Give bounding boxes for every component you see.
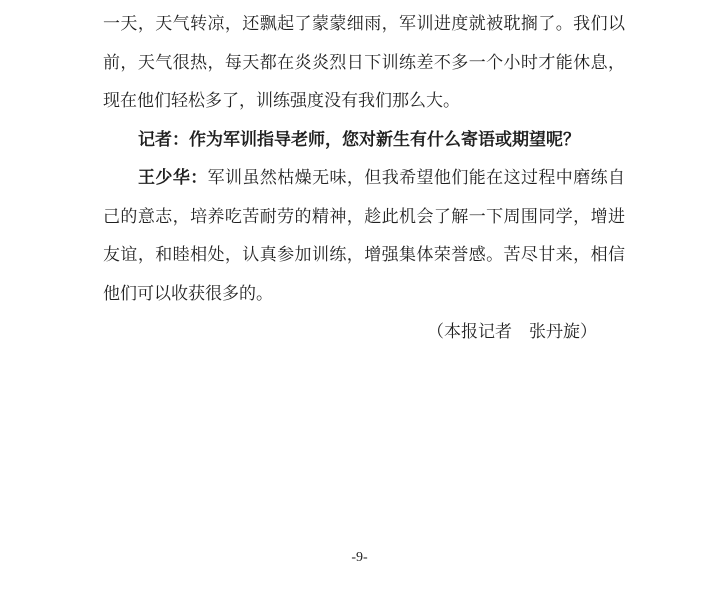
document-body: 一天，天气转凉，还飘起了蒙蒙细雨，军训进度就被耽搁了。我们以 前，天气很热，每天… (103, 5, 625, 352)
interview-question-line: 记者：作为军训指导老师，您对新生有什么寄语或期望呢？ (103, 121, 625, 160)
body-line-3: 现在他们轻松多了，训练强度没有我们那么大。 (103, 82, 625, 121)
answer-line-1-text: 军训虽然枯燥无味，但我希望他们能在这过程中磨练自 (208, 168, 625, 187)
document-page: { "colors": { "background": "#ffffff", "… (0, 0, 719, 614)
body-line-1: 一天，天气转凉，还飘起了蒙蒙细雨，军训进度就被耽搁了。我们以 (103, 5, 625, 44)
answer-line-2: 己的意志，培养吃苦耐劳的精神，趁此机会了解一下周围同学，增进 (103, 198, 625, 237)
answer-line-3: 友谊，和睦相处，认真参加训练，增强集体荣誉感。苦尽甘来，相信 (103, 236, 625, 275)
body-line-2: 前，天气很热，每天都在炎炎烈日下训练差不多一个小时才能休息， (103, 44, 625, 83)
answer-line-4: 他们可以收获很多的。 (103, 275, 625, 314)
answer-line-1: 王少华：军训虽然枯燥无味，但我希望他们能在这过程中磨练自 (103, 159, 625, 198)
speaker-name: 王少华： (138, 168, 208, 187)
page-number: -9- (0, 549, 719, 567)
reporter-byline: （本报记者 张丹旋） (103, 313, 625, 352)
